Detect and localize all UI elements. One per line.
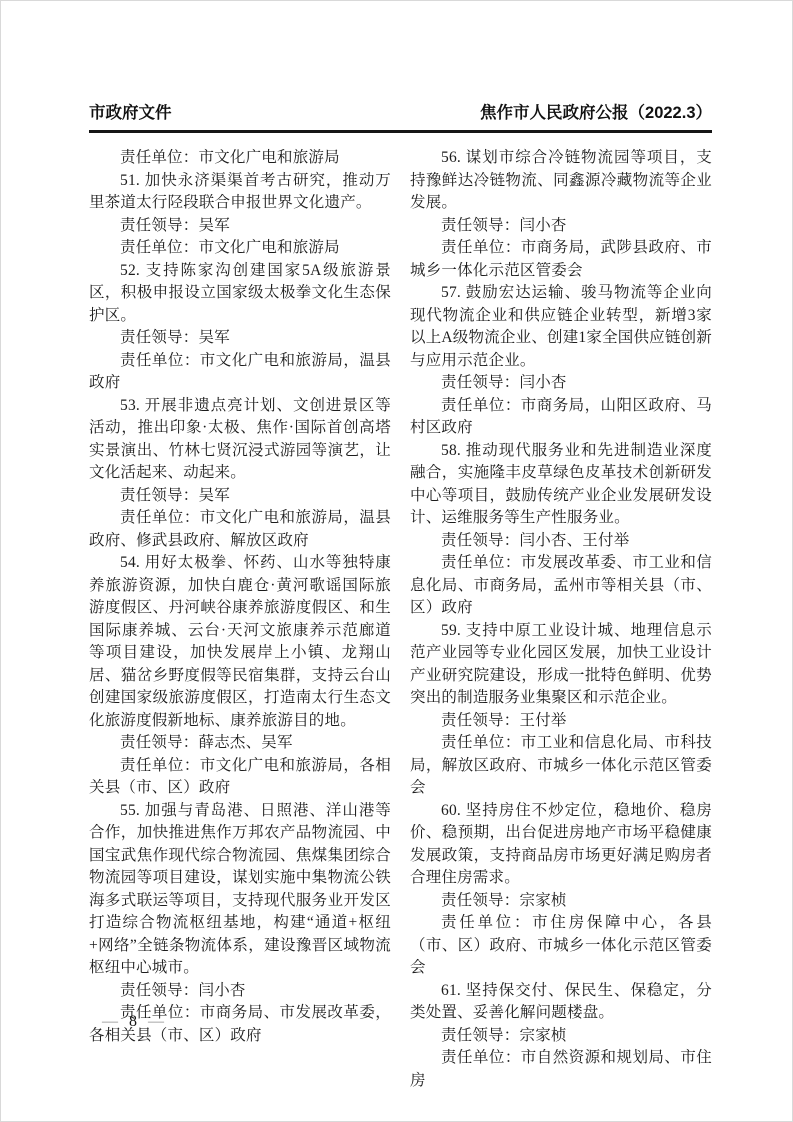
paragraph: 55. 加强与青岛港、日照港、洋山港等合作，加快推进焦作万邦农产品物流园、中国宝…: [89, 800, 391, 980]
paragraph: 责任单位：市发展改革委、市工业和信息化局、市商务局，孟州市等相关县（市、区）政府: [410, 552, 712, 620]
paragraph: 责任单位：市商务局，武陟县政府、市城乡一体化示范区管委会: [410, 237, 712, 282]
paragraph: 责任领导：吴军: [89, 215, 391, 238]
paragraph: 责任领导：闫小杏: [410, 372, 712, 395]
page-number-value: 8: [124, 1013, 143, 1030]
paragraph: 57. 鼓励宏达运输、骏马物流等企业向现代物流企业和供应链企业转型，新增3家以上…: [410, 282, 712, 372]
paragraph: 责任领导：宗家桢: [410, 1025, 712, 1048]
page-number: — 8 —: [102, 1013, 165, 1031]
left-column: 责任单位：市文化广电和旅游局51. 加快永济渠渠首考古研究，推动万里茶道太行陉段…: [89, 147, 391, 1092]
paragraph: 56. 谋划市综合冷链物流园等项目，支持豫鲜达冷链物流、同鑫源冷藏物流等企业发展…: [410, 147, 712, 215]
paragraph: 61. 坚持保交付、保民生、保稳定，分类处置、妥善化解问题楼盘。: [410, 980, 712, 1025]
paragraph: 责任单位：市文化广电和旅游局，温县政府、修武县政府、解放区政府: [89, 507, 391, 552]
paragraph: 责任单位：市文化广电和旅游局，各相关县（市、区）政府: [89, 755, 391, 800]
paragraph: 责任领导：吴军: [89, 327, 391, 350]
page-header: 市政府文件 焦作市人民政府公报（2022.3）: [89, 102, 712, 124]
paragraph: 责任单位：市自然资源和规划局、市住房: [410, 1047, 712, 1092]
paragraph: 59. 支持中原工业设计城、地理信息示范产业园等专业化园区发展，加快工业设计产业…: [410, 620, 712, 710]
right-column: 56. 谋划市综合冷链物流园等项目，支持豫鲜达冷链物流、同鑫源冷藏物流等企业发展…: [410, 147, 712, 1092]
paragraph: 60. 坚持房住不炒定位，稳地价、稳房价、稳预期，出台促进房地产市场平稳健康发展…: [410, 800, 712, 890]
paragraph: 责任领导：闫小杏: [410, 215, 712, 238]
paragraph: 54. 用好太极拳、怀药、山水等独特康养旅游资源，加快白鹿仓·黄河歌谣国际旅游度…: [89, 552, 391, 732]
paragraph: 责任单位：市商务局，山阳区政府、马村区政府: [410, 395, 712, 440]
paragraph: 责任单位：市住房保障中心，各县（市、区）政府、市城乡一体化示范区管委会: [410, 912, 712, 980]
paragraph: 53. 开展非遗点亮计划、文创进景区等活动，推出印象·太极、焦作·国际首创高塔实…: [89, 395, 391, 485]
gazette-page: 市政府文件 焦作市人民政府公报（2022.3） 责任单位：市文化广电和旅游局51…: [0, 0, 793, 1122]
paragraph: 责任领导：闫小杏: [89, 980, 391, 1003]
paragraph: 责任单位：市文化广电和旅游局，温县政府: [89, 350, 391, 395]
paragraph: 责任领导：宗家桢: [410, 890, 712, 913]
paragraph: 52. 支持陈家沟创建国家5A级旅游景区，积极申报设立国家级太极拳文化生态保护区…: [89, 260, 391, 328]
header-right-title: 焦作市人民政府公报（2022.3）: [480, 102, 712, 124]
paragraph: 责任领导：吴军: [89, 485, 391, 508]
paragraph: 责任领导：王付举: [410, 710, 712, 733]
paragraph: 责任单位：市工业和信息化局、市科技局，解放区政府、市城乡一体化示范区管委会: [410, 732, 712, 800]
body-columns: 责任单位：市文化广电和旅游局51. 加快永济渠渠首考古研究，推动万里茶道太行陉段…: [89, 147, 712, 1092]
paragraph: 责任领导：薛志杰、吴军: [89, 732, 391, 755]
header-left-title: 市政府文件: [89, 102, 172, 124]
header-rule: [89, 130, 712, 133]
paragraph: 58. 推动现代服务业和先进制造业深度融合，实施隆丰皮草绿色皮革技术创新研发中心…: [410, 440, 712, 530]
page-number-right-dash: —: [148, 1013, 165, 1030]
paragraph: 责任领导：闫小杏、王付举: [410, 530, 712, 553]
page-number-left-dash: —: [102, 1013, 119, 1030]
paragraph: 责任单位：市文化广电和旅游局: [89, 237, 391, 260]
paragraph: 51. 加快永济渠渠首考古研究，推动万里茶道太行陉段联合申报世界文化遗产。: [89, 170, 391, 215]
paragraph: 责任单位：市文化广电和旅游局: [89, 147, 391, 170]
